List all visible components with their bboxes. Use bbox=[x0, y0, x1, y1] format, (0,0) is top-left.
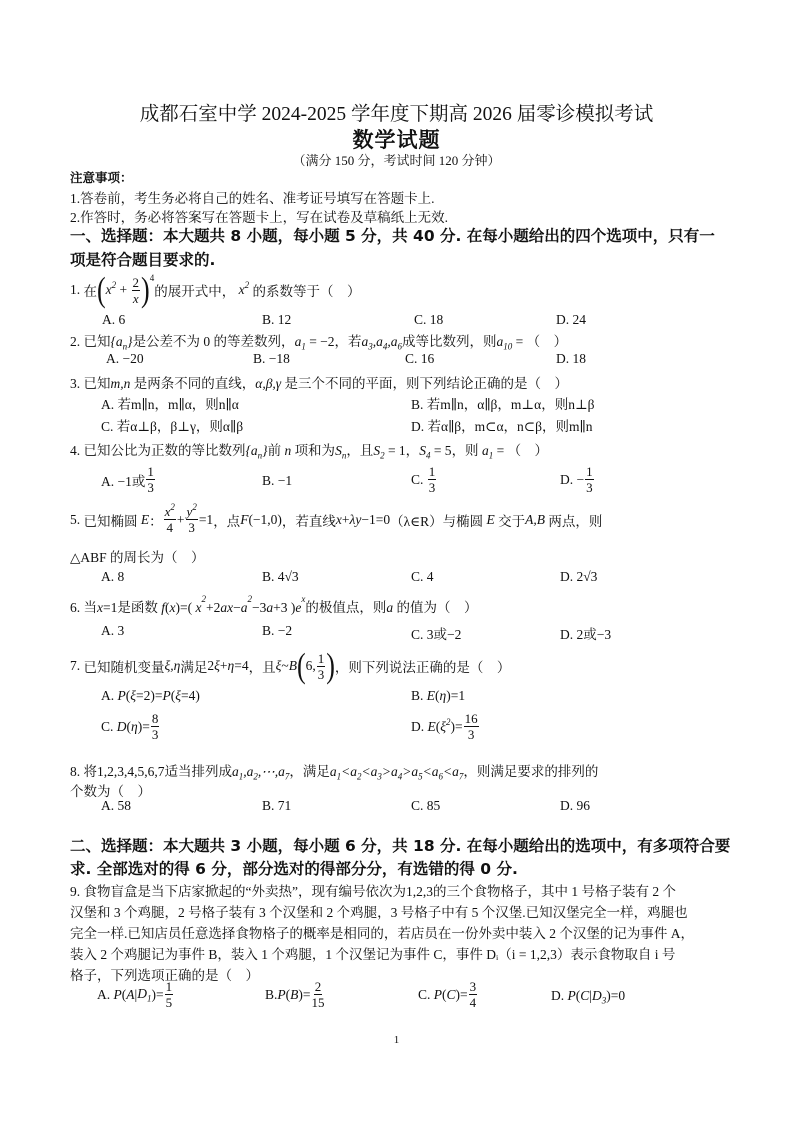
q6-option-a[interactable]: A. 3 bbox=[101, 623, 124, 639]
q5-option-d[interactable]: D. 2√3 bbox=[560, 569, 597, 585]
q8-option-a[interactable]: A. 58 bbox=[101, 798, 131, 814]
q3-option-c[interactable]: C. 若α⊥β，β⊥γ，则α∥β bbox=[101, 415, 243, 435]
q7-option-d[interactable]: D. E(ξ2)=163 bbox=[411, 712, 480, 741]
question-5-stem: 5. 已知椭圆 E：x24+y23=1，点F(−1,0)，若直线x+λy−1=0… bbox=[70, 505, 602, 534]
note-item-1: 1.答卷前，考生务必将自己的姓名、准考证号填写在答题卡上. bbox=[70, 187, 435, 207]
q4-option-b[interactable]: B. −1 bbox=[262, 473, 292, 489]
section1-heading-line1: 一、选择题：本大题共 8 小题，每小题 5 分，共 40 分. 在每小题给出的四… bbox=[70, 224, 715, 246]
q2-option-d[interactable]: D. 18 bbox=[556, 351, 586, 367]
q7-option-b[interactable]: B. E(η)=1 bbox=[411, 688, 465, 704]
q3-option-b[interactable]: B. 若m∥n，α∥β，m⊥α，则n⊥β bbox=[411, 393, 595, 413]
q5-option-c[interactable]: C. 4 bbox=[411, 569, 434, 585]
q9-option-a[interactable]: A. P(A|D1)=15 bbox=[97, 980, 174, 1009]
q2-option-a[interactable]: A. −20 bbox=[106, 351, 144, 367]
q5-option-a[interactable]: A. 8 bbox=[101, 569, 124, 585]
q3-option-d[interactable]: D. 若α∥β，m⊂α，n⊂β，则m∥n bbox=[411, 415, 592, 435]
q9-option-d[interactable]: D. P(C|D3)=0 bbox=[551, 988, 625, 1006]
q4-option-a[interactable]: A. −1或13 bbox=[101, 465, 156, 494]
q8-option-b[interactable]: B. 71 bbox=[262, 798, 291, 814]
q5-option-b[interactable]: B. 4√3 bbox=[262, 569, 299, 585]
q7-option-a[interactable]: A. P(ξ=2)=P(ξ=4) bbox=[101, 688, 200, 704]
notes-heading: 注意事项： bbox=[70, 168, 133, 186]
page-number: 1 bbox=[0, 1034, 793, 1046]
question-6-stem: 6. 当x=1是函数 f(x)=( x2+2ax−a2−3a+3 )ex的极值点… bbox=[70, 596, 477, 616]
question-1-stem: 1. 在(x2 + 2x)4的展开式中， x2 的系数等于（ ） bbox=[70, 272, 360, 308]
question-7-stem: 7. 已知随机变量ξ,η满足2ξ+η=4，且ξ~B(6,13)，则下列说法正确的… bbox=[70, 648, 510, 684]
q1-option-b[interactable]: B. 12 bbox=[262, 312, 291, 328]
q8-option-d[interactable]: D. 96 bbox=[560, 798, 590, 814]
q4-option-d[interactable]: D. −13 bbox=[560, 465, 595, 494]
q8-option-c[interactable]: C. 85 bbox=[411, 798, 440, 814]
q4-option-c[interactable]: C. 13 bbox=[411, 465, 437, 494]
q6-option-c[interactable]: C. 3或−2 bbox=[411, 623, 461, 643]
q6-option-b[interactable]: B. −2 bbox=[262, 623, 292, 639]
question-9-line3: 完全一样.已知店员任意选择食物格子的概率是相同的，若店员在一份外卖中装入 2 个… bbox=[70, 922, 694, 942]
question-8-stem-line2: 个数为（ ） bbox=[70, 780, 151, 800]
score-info: （满分 150 分，考试时间 120 分钟） bbox=[0, 150, 793, 169]
q2-option-b[interactable]: B. −18 bbox=[253, 351, 290, 367]
exam-title: 成都石室中学 2024-2025 学年度下期高 2026 届零诊模拟考试 bbox=[0, 98, 793, 126]
question-5-stem-line2: △ABF 的周长为（ ） bbox=[70, 546, 205, 566]
section2-heading-line2: 求. 全部选对的得 6 分，部分选对的得部分分，有选错的得 0 分. bbox=[70, 857, 518, 879]
q1-option-c[interactable]: C. 18 bbox=[414, 312, 443, 328]
q7-option-c[interactable]: C. D(η)=83 bbox=[101, 712, 160, 741]
q1-option-d[interactable]: D. 24 bbox=[556, 312, 586, 328]
q2-option-c[interactable]: C. 16 bbox=[405, 351, 434, 367]
section2-heading-line1: 二、选择题：本大题共 3 小题，每小题 6 分，共 18 分. 在每小题给出的选… bbox=[70, 834, 730, 856]
question-4-stem: 4. 已知公比为正数的等比数列{an}前 n 项和为Sn，且S2 = 1，S4 … bbox=[70, 439, 548, 461]
question-9-line2: 汉堡和 3 个鸡腿，2 号格子装有 3 个汉堡和 2 个鸡腿，3 号格子中有 5… bbox=[70, 901, 688, 921]
q1-option-a[interactable]: A. 6 bbox=[102, 312, 125, 328]
q6-option-d[interactable]: D. 2或−3 bbox=[560, 623, 611, 643]
q9-option-c[interactable]: C. P(C)=34 bbox=[418, 980, 478, 1009]
q3-option-a[interactable]: A. 若m∥n，m∥α，则n∥α bbox=[101, 393, 239, 413]
question-2-stem: 2. 已知{an}是公差不为 0 的等差数列，a1 = −2，若a3,a4,a6… bbox=[70, 330, 567, 352]
question-3-stem: 3. 已知m,n 是两条不同的直线，α,β,γ 是三个不同的平面，则下列结论正确… bbox=[70, 372, 568, 392]
question-9-line1: 9. 食物盲盒是当下店家掀起的“外卖热”，现有编号依次为1,2,3的三个食物格子… bbox=[70, 880, 676, 900]
q9-option-b[interactable]: B.P(B)=215 bbox=[265, 980, 326, 1009]
question-9-line4: 装入 2 个鸡腿记为事件 B，装入 1 个鸡腿，1 个汉堡记为事件 C，事件 D… bbox=[70, 943, 675, 963]
section1-heading-line2: 项是符合题目要求的. bbox=[70, 248, 215, 270]
note-item-2: 2.作答时，务必将答案写在答题卡上，写在试卷及草稿纸上无效. bbox=[70, 206, 448, 226]
question-8-stem: 8. 将1,2,3,4,5,6,7适当排列成a1,a2,⋯,a7，满足a1<a2… bbox=[70, 760, 598, 782]
